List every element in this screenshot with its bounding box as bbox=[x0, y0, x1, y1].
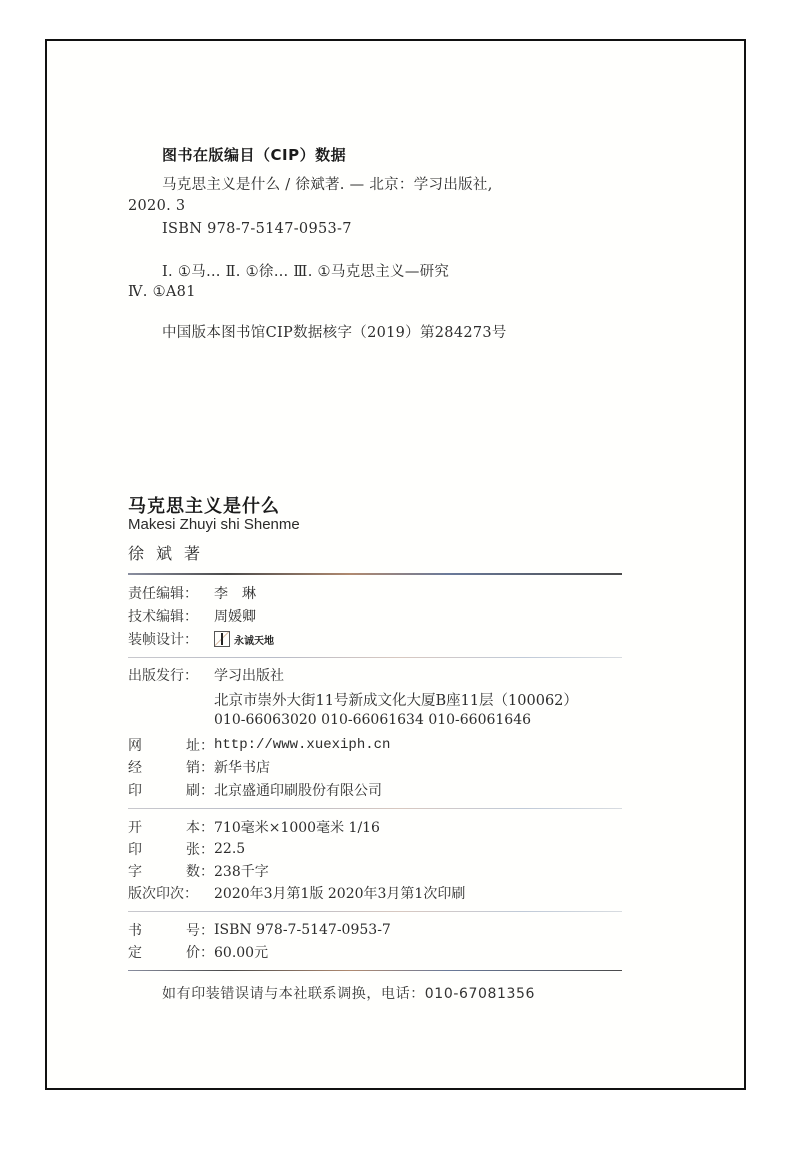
sheets-label-char: 张： bbox=[186, 839, 214, 859]
technical-editor-value: 周媛卿 bbox=[214, 606, 256, 626]
isbn-label-char: 号： bbox=[186, 920, 214, 940]
website-row: 网 址： http://www.xuexiph.cn bbox=[128, 735, 390, 755]
divider-publisher bbox=[128, 808, 622, 809]
distributor-value: 新华书店 bbox=[214, 757, 270, 777]
responsible-editor-row: 责任编辑： 李 琳 bbox=[128, 583, 256, 603]
misprint-contact-note: 如有印装错误请与本社联系调换，电话：010-67081356 bbox=[162, 983, 535, 1003]
edition-label: 版次印次： bbox=[128, 883, 214, 903]
word-count-label-char: 字 bbox=[128, 861, 142, 881]
edition-row: 版次印次： 2020年3月第1版 2020年3月第1次印刷 bbox=[128, 883, 465, 903]
printer-label-char: 刷： bbox=[186, 780, 214, 800]
responsible-editor-value: 李 琳 bbox=[214, 583, 256, 603]
cover-design-value: 永诚天地 bbox=[234, 632, 274, 647]
price-label-char: 价： bbox=[186, 942, 214, 962]
book-pinyin-title: Makesi Zhuyi shi Shenme bbox=[128, 516, 300, 533]
publisher-label: 出版发行： bbox=[128, 665, 214, 685]
website-label-char: 网 bbox=[128, 735, 142, 755]
publisher-phones: 010-66063020 010-66061634 010-66061646 bbox=[214, 712, 531, 728]
divider-pricing bbox=[128, 970, 622, 971]
cover-design-row: 装帧设计： 永诚天地 bbox=[128, 629, 274, 649]
price-row: 定 价： 60.00元 bbox=[128, 942, 268, 962]
cip-classification-2: Ⅳ. ①A81 bbox=[128, 284, 196, 300]
book-title: 马克思主义是什么 bbox=[128, 492, 280, 518]
format-value: 710毫米×1000毫米 1/16 bbox=[214, 817, 380, 837]
word-count-value: 238千字 bbox=[214, 861, 269, 881]
website-label-char: 址： bbox=[186, 735, 214, 755]
format-label-char: 本： bbox=[186, 817, 214, 837]
technical-editor-label: 技术编辑： bbox=[128, 606, 214, 626]
sheets-label: 印 张： bbox=[128, 839, 214, 859]
design-studio-logo-icon bbox=[214, 631, 230, 647]
website-label: 网 址： bbox=[128, 735, 214, 755]
edition-value: 2020年3月第1版 2020年3月第1次印刷 bbox=[214, 883, 465, 903]
distributor-label-char: 经 bbox=[128, 757, 142, 777]
isbn-row: 书 号： ISBN 978-7-5147-0953-7 bbox=[128, 920, 391, 940]
word-count-label: 字 数： bbox=[128, 861, 214, 881]
website-link[interactable]: http://www.xuexiph.cn bbox=[214, 737, 390, 753]
cip-catalog-number: 中国版本图书馆CIP数据核字（2019）第284273号 bbox=[162, 321, 507, 342]
cip-isbn: ISBN 978-7-5147-0953-7 bbox=[162, 221, 352, 237]
isbn-value: ISBN 978-7-5147-0953-7 bbox=[214, 922, 391, 938]
cover-design-label: 装帧设计： bbox=[128, 629, 214, 649]
printer-row: 印 刷： 北京盛通印刷股份有限公司 bbox=[128, 780, 382, 800]
price-label-char: 定 bbox=[128, 942, 142, 962]
cip-heading: 图书在版编目（CIP）数据 bbox=[162, 144, 346, 165]
distributor-label-char: 销： bbox=[186, 757, 214, 777]
divider-title bbox=[128, 573, 622, 575]
divider-specs bbox=[128, 911, 622, 912]
publisher-address: 北京市崇外大街11号新成文化大厦B座11层（100062） bbox=[214, 689, 578, 710]
divider-editors bbox=[128, 657, 622, 658]
isbn-label: 书 号： bbox=[128, 920, 214, 940]
isbn-label-char: 书 bbox=[128, 920, 142, 940]
cip-title-line: 马克思主义是什么 / 徐斌著. — 北京：学习出版社, bbox=[162, 173, 493, 194]
printer-label-char: 印 bbox=[128, 780, 142, 800]
printer-label: 印 刷： bbox=[128, 780, 214, 800]
sheets-label-char: 印 bbox=[128, 839, 142, 859]
format-row: 开 本： 710毫米×1000毫米 1/16 bbox=[128, 817, 380, 837]
price-label: 定 价： bbox=[128, 942, 214, 962]
distributor-label: 经 销： bbox=[128, 757, 214, 777]
distributor-row: 经 销： 新华书店 bbox=[128, 757, 270, 777]
publisher-value: 学习出版社 bbox=[214, 665, 284, 685]
book-author: 徐斌著 bbox=[128, 541, 212, 564]
sheets-row: 印 张： 22.5 bbox=[128, 839, 245, 859]
publisher-row: 出版发行： 学习出版社 bbox=[128, 665, 284, 685]
responsible-editor-label: 责任编辑： bbox=[128, 583, 214, 603]
word-count-label-char: 数： bbox=[186, 861, 214, 881]
sheets-value: 22.5 bbox=[214, 841, 245, 857]
cip-date-line: 2020. 3 bbox=[128, 198, 185, 214]
cip-classification-1: Ⅰ. ①马… Ⅱ. ①徐… Ⅲ. ①马克思主义—研究 bbox=[162, 260, 449, 281]
word-count-row: 字 数： 238千字 bbox=[128, 861, 269, 881]
format-label-char: 开 bbox=[128, 817, 142, 837]
format-label: 开 本： bbox=[128, 817, 214, 837]
price-value: 60.00元 bbox=[214, 942, 268, 962]
technical-editor-row: 技术编辑： 周媛卿 bbox=[128, 606, 256, 626]
printer-value: 北京盛通印刷股份有限公司 bbox=[214, 780, 382, 800]
